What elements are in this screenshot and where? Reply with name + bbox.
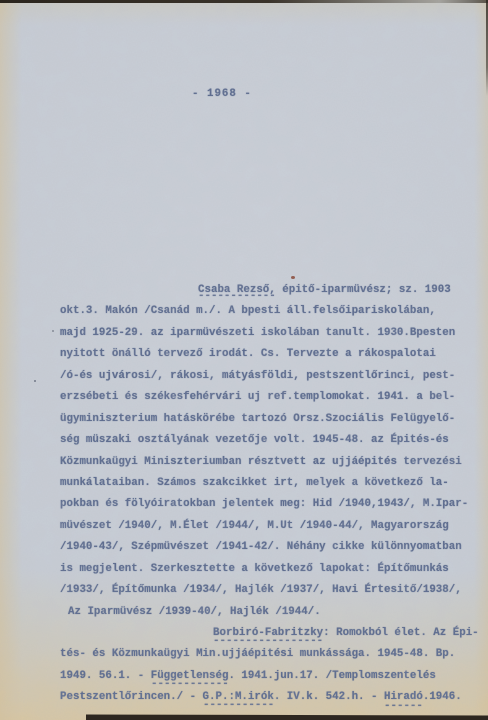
text-line: ügyminiszterium hatáskörébe tartozó Orsz…	[60, 409, 470, 430]
text-line: erzsébeti és székesfehérvári uj ref.temp…	[60, 387, 470, 408]
typed-underline-hirado: ------	[384, 701, 423, 711]
text-line: nyitott önálló tervező irodát. Cs. Terve…	[60, 344, 470, 365]
text-line: tés- és Közmunkaügyi Min.ujjáépitési mun…	[60, 644, 470, 665]
text-line: /1940-43/, Szépmüvészet /1941-42/. Néhán…	[60, 537, 470, 558]
text-line: pokban és fölyóiratokban jelentek meg: H…	[60, 494, 470, 515]
typed-underline-fuggetlenseg: ------------	[151, 679, 229, 689]
page-number: - 1968 -	[192, 88, 252, 100]
text-line: 1949. 56.1. - Függetlenség. 1941.jun.17.…	[60, 666, 470, 687]
typed-underline-author-name: ------------	[198, 291, 276, 301]
ink-speck	[34, 380, 36, 382]
text-line: /1933/, Építőmunka /1934/, Hajlék /1937/…	[60, 580, 470, 601]
text-line: is megjelent. Szerkesztette a következő …	[60, 559, 470, 580]
text-line: munkálataiban. Számos szakcikket irt, me…	[60, 473, 470, 494]
scanned-document-page: - 1968 - Csaba Rezső, épitő-iparmüvész; …	[0, 0, 488, 720]
ink-speck-red	[291, 276, 295, 279]
ink-speck	[52, 330, 54, 332]
typed-underline-reference: -----------------	[213, 636, 323, 646]
text-line: Az Iparmüvész /1939-40/, Hajlék /1944/.	[60, 602, 470, 623]
scan-edge-top	[0, 0, 488, 3]
scan-edge-bottom	[86, 714, 488, 720]
text-line: Közmunkaügyi Miniszteriumban résztvett a…	[60, 452, 470, 473]
typed-underline-gp-mirok: -----------	[203, 700, 274, 710]
text-line: müvészet /1940/, M.Élet /1944/, M.Ut /19…	[60, 516, 470, 537]
text-line: majd 1925-29. az iparmüvészeti iskolában…	[60, 323, 470, 344]
text-line: ség müszaki osztályának vezetője volt. 1…	[60, 430, 470, 451]
text-line: /ó-és ujvárosi/, rákosi, mátyásföldi, pe…	[60, 366, 470, 387]
text-line: okt.3. Makón /Csanád m./. A bpesti áll.f…	[60, 301, 470, 322]
